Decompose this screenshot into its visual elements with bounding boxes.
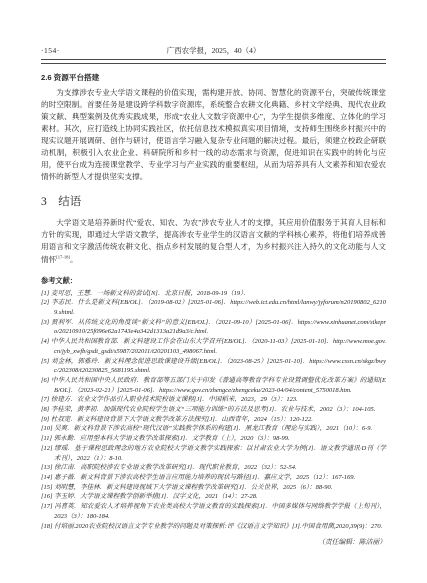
conclusion-period: 。 bbox=[70, 255, 78, 264]
reference-item: [7] 徐建方．农业文学作品引入职业技术院校语文课程[J]．中国稻米，2023，… bbox=[41, 395, 386, 405]
reference-item: [3] 贾利军．从传统文化的角度谈“新文科”的意义[EB/OL]．（2021-0… bbox=[41, 318, 386, 337]
editor-note: （责任编辑：陈洁丽） bbox=[41, 538, 386, 547]
reference-item: [6] 中华人民共和国中央人民政府．教育部等五部门关于印发《普通高等教育学科专业… bbox=[41, 376, 386, 395]
journal-page: ·154· 广西农学报，2025，40（4） 2.6 资源平台搭建 为支撑涉农专… bbox=[0, 0, 427, 583]
section-2-6-paragraph: 为支撑涉农专业大学语文课程的价值实现，需构建开放、协同、智慧化的资源平台，突破传… bbox=[41, 87, 386, 184]
reference-item: [10] 吴爽．新文科背景下涉农高校“现代汉语”实践教学体系的构建[J]．黑龙江… bbox=[41, 424, 386, 434]
reference-item: [15] 刘明慧，李佳林．新文科建设视域下大学语文课程教学改革研究[J]．公关世… bbox=[41, 483, 386, 493]
reference-item: [16] 李玉婷．大学语文课程教学创新举措[J]．汉字文化，2021（14）：2… bbox=[41, 492, 386, 502]
reference-item: [9] 杜叔宽．新文科建设背景下大学语文教学改革方法探究[J]．山西青年，202… bbox=[41, 415, 386, 425]
citation-marker: [17-18] bbox=[56, 254, 70, 259]
reference-item: [8] 李桂荣，黄孝初．加强现代农业院校学生语文“三项能力训练”的方法及思考[J… bbox=[41, 405, 386, 415]
reference-item: [2] 李志民．什么是新文科[EB/OL]．（2019-08-02）[2025-… bbox=[41, 298, 386, 317]
page-number: ·154· bbox=[41, 46, 167, 55]
reference-item: [13] 徐江南．高职院校涉农专业语文教学改革研究[J]．现代职业教育，2022… bbox=[41, 463, 386, 473]
conclusion-paragraph: 大学语文是培养新时代“爱农、知农、为农”涉农专业人才的支撑，其应用价值服务于其育… bbox=[41, 217, 386, 265]
journal-title-line: 广西农学报，2025，40（4） bbox=[167, 46, 261, 55]
references-label: 参考文献： bbox=[41, 276, 386, 285]
reference-item: [4] 中华人民共和国教育部．新文科建设工作会在山东大学召开[EB/OL]．（2… bbox=[41, 337, 386, 356]
header-divider bbox=[41, 59, 386, 64]
reference-item: [12] 缪瑶．基于课程思政理念的地方农业院校大学语文教学实践探索：以甘肃农业大… bbox=[41, 444, 386, 463]
page-content: ·154· 广西农学报，2025，40（4） 2.6 资源平台搭建 为支撑涉农专… bbox=[0, 0, 427, 547]
conclusion-text: 大学语文是培养新时代“爱农、知农、为农”涉农专业人才的支撑，其应用价值服务于其育… bbox=[41, 218, 386, 263]
reference-item: [5] 刘金林，郭雅玲．新文科理念促进思政课建设升级[EB/OL]．（2023-… bbox=[41, 357, 386, 376]
reference-item: [17] 冯喜英．知农爱农人才培养视角下农业类高校大学语文教育的实践探索[J]．… bbox=[41, 502, 386, 521]
conclusion-heading: 3 结语 bbox=[41, 195, 386, 209]
section-2-6-heading: 2.6 资源平台搭建 bbox=[41, 73, 386, 83]
reference-item: [11] 郭永勤．应用型本科大学语文教学改革探索[J]．文学教育（上），2020… bbox=[41, 434, 386, 444]
page-header: ·154· 广西农学报，2025，40（4） bbox=[41, 46, 386, 55]
reference-item: [14] 惠子薇．新文科背景下涉农高校学生语言应用能力培养的现状与路径[J]．嘉… bbox=[41, 473, 386, 483]
references-list: [1] 麦可思，王慧．一场新文科的尝试[N]．北京日报，2018-09-19（1… bbox=[41, 289, 386, 532]
reference-item: [1] 麦可思，王慧．一场新文科的尝试[N]．北京日报，2018-09-19（1… bbox=[41, 289, 386, 299]
reference-item: [18] 付培丽.2020农业院校汉语言文学专业教学的问题及对策探析:评《汉语言… bbox=[41, 522, 386, 532]
